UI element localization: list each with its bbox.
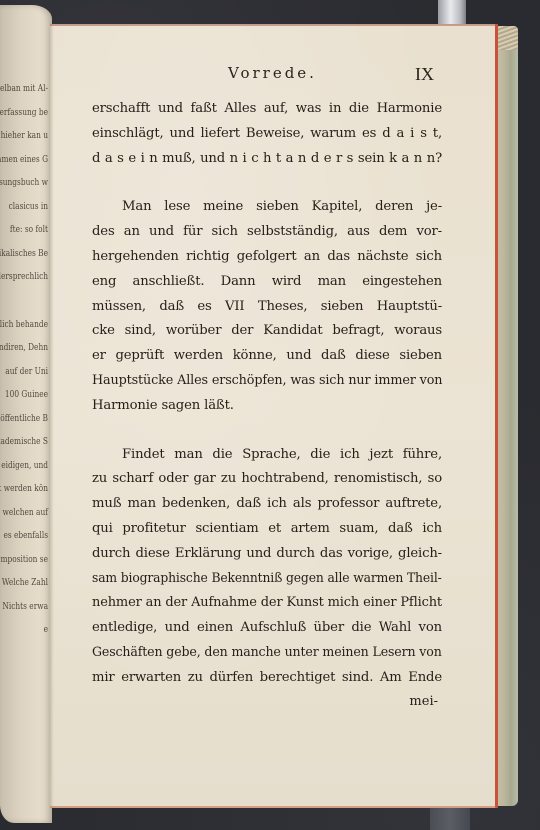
page-edge-top xyxy=(50,24,496,26)
facing-line: e xyxy=(0,618,48,642)
text-line: erschafft und faßt Alles auf, was in die… xyxy=(92,97,442,122)
facing-line: akademische S xyxy=(0,430,48,454)
facing-line: s hieher kan u xyxy=(0,124,48,148)
text-line: eng anschließt. Dann wird man eingestehe… xyxy=(92,270,442,295)
text-line: Man lese meine sieben Kapitel, deren je- xyxy=(92,195,442,220)
paragraph-gap xyxy=(92,171,442,195)
catchword: mei- xyxy=(92,691,442,713)
text-line: entledige, und einen Aufschluß über die … xyxy=(92,616,442,641)
facing-line: unwidersprechlich xyxy=(0,265,48,289)
facing-line: Nichts erwa xyxy=(0,595,48,619)
paragraph-gap xyxy=(92,419,442,443)
text-line: Hauptstücke Alles erschöpfen, was sich n… xyxy=(92,369,432,394)
text-line: des an und für sich selbstständig, aus d… xyxy=(92,220,442,245)
text-line: er geprüft werden könne, und daß diese s… xyxy=(92,344,442,369)
facing-line: aftlich behande xyxy=(0,313,48,337)
text-line: einschlägt, und liefert Beweise, warum e… xyxy=(92,122,442,147)
page-header: Vorrede. IX xyxy=(50,64,496,86)
facing-line: Namen eines G xyxy=(0,148,48,172)
facing-line: t werden kön xyxy=(0,477,48,501)
facing-line: öffentliche B xyxy=(0,407,48,431)
text-line: d a s e i n muß, und n i c h t a n d e r… xyxy=(92,147,442,172)
facing-line: erfassung be xyxy=(0,101,48,125)
paragraph-1: erschafft und faßt Alles auf, was in die… xyxy=(92,97,442,171)
page-number: IX xyxy=(415,64,434,85)
facing-gap xyxy=(0,289,48,313)
facing-line: Welche Zahl xyxy=(0,571,48,595)
facing-line: rfassungsbuch w xyxy=(0,171,48,195)
running-title: Vorrede. xyxy=(228,64,317,82)
page-body: erschafft und faßt Alles auf, was in die… xyxy=(92,97,442,713)
page-clamp-top xyxy=(438,0,466,24)
text-line: Findet man die Sprache, die ich jezt füh… xyxy=(92,443,442,468)
facing-line: eidigen, und xyxy=(0,454,48,478)
text-line: cke sind, worüber der Kandidat befragt, … xyxy=(92,319,442,344)
facing-line: es ebenfalls xyxy=(0,524,48,548)
paragraph-3: Findet man die Sprache, die ich jezt füh… xyxy=(92,443,442,691)
text-line: muß man bedenken, daß ich als professor … xyxy=(92,492,442,517)
facing-line: omposition se xyxy=(0,548,48,572)
text-line: durch diese Erklärung und durch das vori… xyxy=(92,542,442,567)
page-edge-bottom xyxy=(50,806,496,808)
text-line: Harmonie sagen läßt. xyxy=(92,394,442,419)
page-clamp-bottom xyxy=(430,808,470,830)
facing-line: fte: so folt xyxy=(0,218,48,242)
facing-line: auf der Uni xyxy=(0,360,48,384)
text-line: Geschäften gebe, den manche unter meinen… xyxy=(92,641,426,666)
facing-page-left: gelban mit Al- erfassung be s hieher kan… xyxy=(0,5,52,823)
book-page: Vorrede. IX erschafft und faßt Alles auf… xyxy=(50,24,496,808)
text-line: mir erwarten zu dürfen berechtiget sind.… xyxy=(92,666,442,691)
facing-line: gelban mit Al- xyxy=(0,77,48,101)
facing-line: ndiren, Dehn xyxy=(0,336,48,360)
text-line: sam biographische Bekenntniß gegen alle … xyxy=(92,567,420,592)
page-edge-red xyxy=(495,24,498,808)
facing-line: 100 Guinee xyxy=(0,383,48,407)
text-line: müssen, daß es VII Theses, sieben Haupts… xyxy=(92,295,442,320)
text-line: zu scharf oder gar zu hochtrabend, renom… xyxy=(92,467,442,492)
paragraph-2: Man lese meine sieben Kapitel, deren je-… xyxy=(92,195,442,418)
facing-line: clasicus in xyxy=(0,195,48,219)
text-line: hergehenden richtig gefolgert an das näc… xyxy=(92,245,442,270)
facing-line: usikalisches Be xyxy=(0,242,48,266)
text-line: qui profitetur scientiam et artem suam, … xyxy=(92,517,442,542)
text-line: nehmer an der Aufnahme der Kunst mich ei… xyxy=(92,591,436,616)
facing-page-text: gelban mit Al- erfassung be s hieher kan… xyxy=(0,77,48,642)
facing-line: welchen auf xyxy=(0,501,48,525)
